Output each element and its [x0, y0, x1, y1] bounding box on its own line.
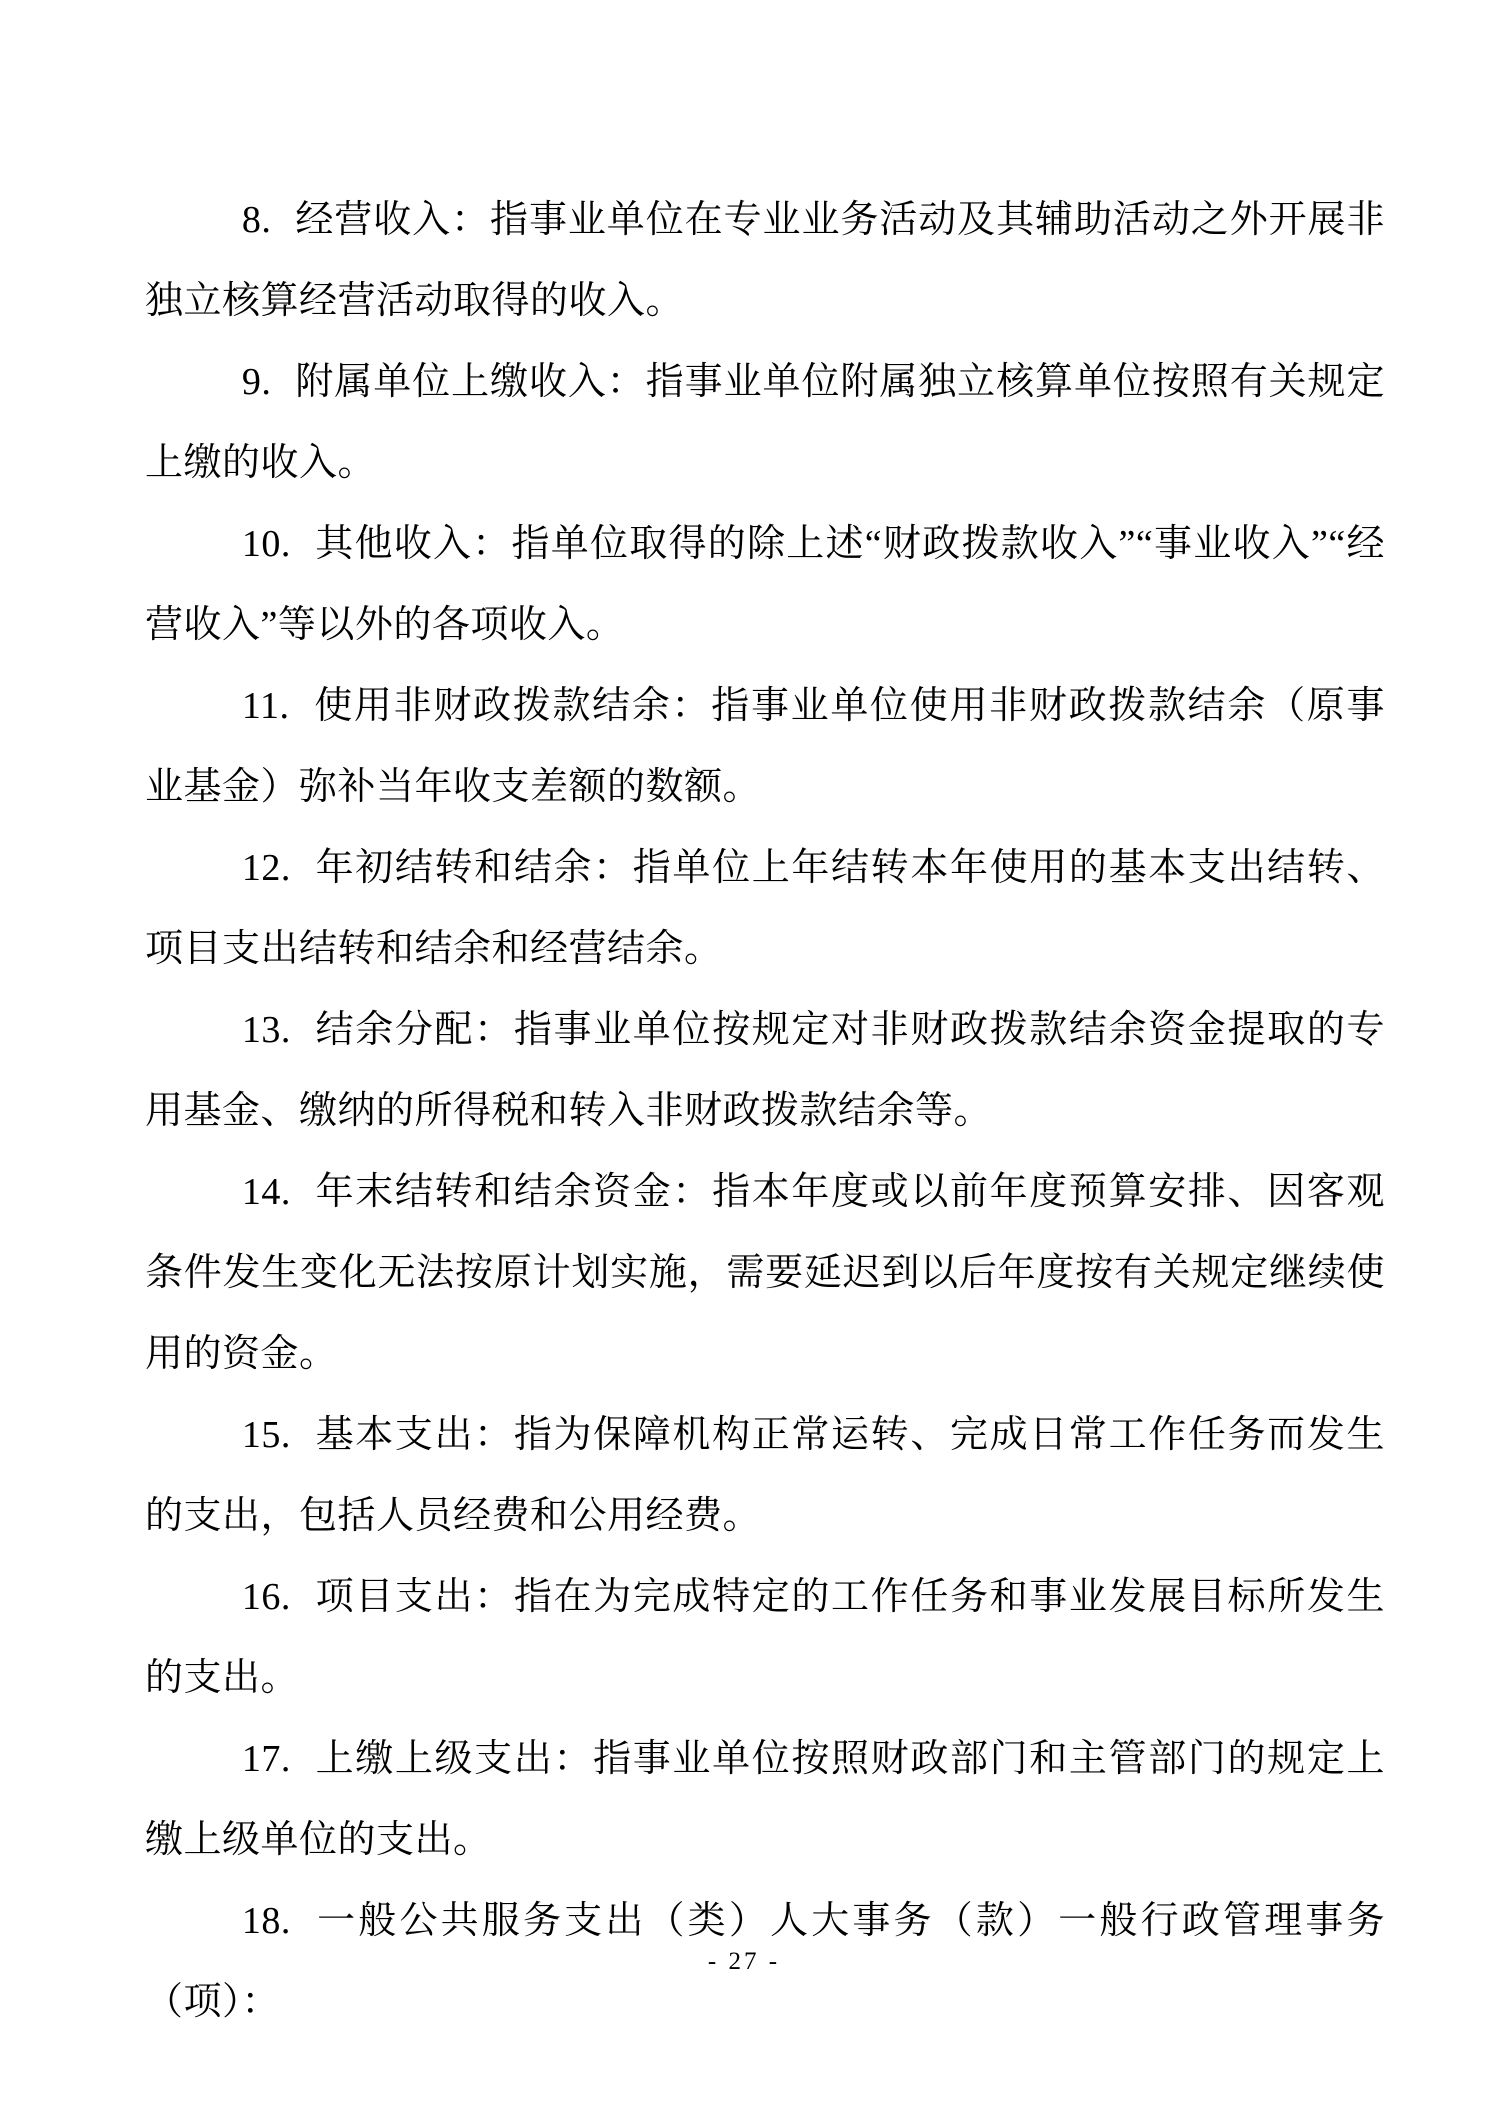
item-number: 16.: [242, 1576, 291, 1618]
item-text: 使用非财政拨款结余：指事业单位使用非财政拨款结余（原事业基金）弥补当年收支差额的…: [145, 685, 1385, 808]
document-page: 8.经营收入：指事业单位在专业业务活动及其辅助活动之外开展非独立核算经营活动取得…: [0, 0, 1488, 2105]
definition-paragraph-11: 11.使用非财政拨款结余：指事业单位使用非财政拨款结余（原事业基金）弥补当年收支…: [145, 666, 1385, 828]
item-text: 年初结转和结余：指单位上年结转本年使用的基本支出结转、项目支出结转和结余和经营结…: [145, 847, 1385, 970]
item-number: 10.: [242, 523, 291, 565]
item-number: 14.: [242, 1171, 291, 1213]
definition-paragraph-13: 13.结余分配：指事业单位按规定对非财政拨款结余资金提取的专用基金、缴纳的所得税…: [145, 990, 1385, 1152]
page-content: 8.经营收入：指事业单位在专业业务活动及其辅助活动之外开展非独立核算经营活动取得…: [145, 180, 1385, 2043]
item-text: 基本支出：指为保障机构正常运转、完成日常工作任务而发生的支出，包括人员经费和公用…: [145, 1414, 1385, 1537]
definition-paragraph-16: 16.项目支出：指在为完成特定的工作任务和事业发展目标所发生的支出。: [145, 1557, 1385, 1719]
definition-paragraph-10: 10.其他收入：指单位取得的除上述“财政拨款收入”“事业收入”“经营收入”等以外…: [145, 504, 1385, 666]
item-text: 经营收入：指事业单位在专业业务活动及其辅助活动之外开展非独立核算经营活动取得的收…: [145, 199, 1385, 322]
definition-paragraph-17: 17.上缴上级支出：指事业单位按照财政部门和主管部门的规定上缴上级单位的支出。: [145, 1719, 1385, 1881]
definition-paragraph-9: 9.附属单位上缴收入：指事业单位附属独立核算单位按照有关规定上缴的收入。: [145, 342, 1385, 504]
item-text: 项目支出：指在为完成特定的工作任务和事业发展目标所发生的支出。: [145, 1576, 1385, 1699]
item-number: 17.: [242, 1738, 291, 1780]
page-number: - 27 -: [0, 1948, 1488, 1976]
item-number: 11.: [242, 685, 290, 727]
item-text: 其他收入：指单位取得的除上述“财政拨款收入”“事业收入”“经营收入”等以外的各项…: [145, 523, 1385, 646]
item-text: 上缴上级支出：指事业单位按照财政部门和主管部门的规定上缴上级单位的支出。: [145, 1738, 1385, 1861]
definition-paragraph-15: 15.基本支出：指为保障机构正常运转、完成日常工作任务而发生的支出，包括人员经费…: [145, 1395, 1385, 1557]
definition-paragraph-12: 12.年初结转和结余：指单位上年结转本年使用的基本支出结转、项目支出结转和结余和…: [145, 828, 1385, 990]
item-text: 附属单位上缴收入：指事业单位附属独立核算单位按照有关规定上缴的收入。: [145, 361, 1385, 484]
definition-paragraph-8: 8.经营收入：指事业单位在专业业务活动及其辅助活动之外开展非独立核算经营活动取得…: [145, 180, 1385, 342]
item-number: 13.: [242, 1009, 291, 1051]
item-text: 年末结转和结余资金：指本年度或以前年度预算安排、因客观条件发生变化无法按原计划实…: [145, 1171, 1385, 1375]
item-number: 8.: [242, 199, 272, 241]
item-number: 12.: [242, 847, 291, 889]
definition-paragraph-14: 14.年末结转和结余资金：指本年度或以前年度预算安排、因客观条件发生变化无法按原…: [145, 1152, 1385, 1395]
item-number: 9.: [242, 361, 272, 403]
item-number: 15.: [242, 1414, 291, 1456]
item-number: 18.: [242, 1900, 291, 1942]
item-text: 结余分配：指事业单位按规定对非财政拨款结余资金提取的专用基金、缴纳的所得税和转入…: [145, 1009, 1385, 1132]
